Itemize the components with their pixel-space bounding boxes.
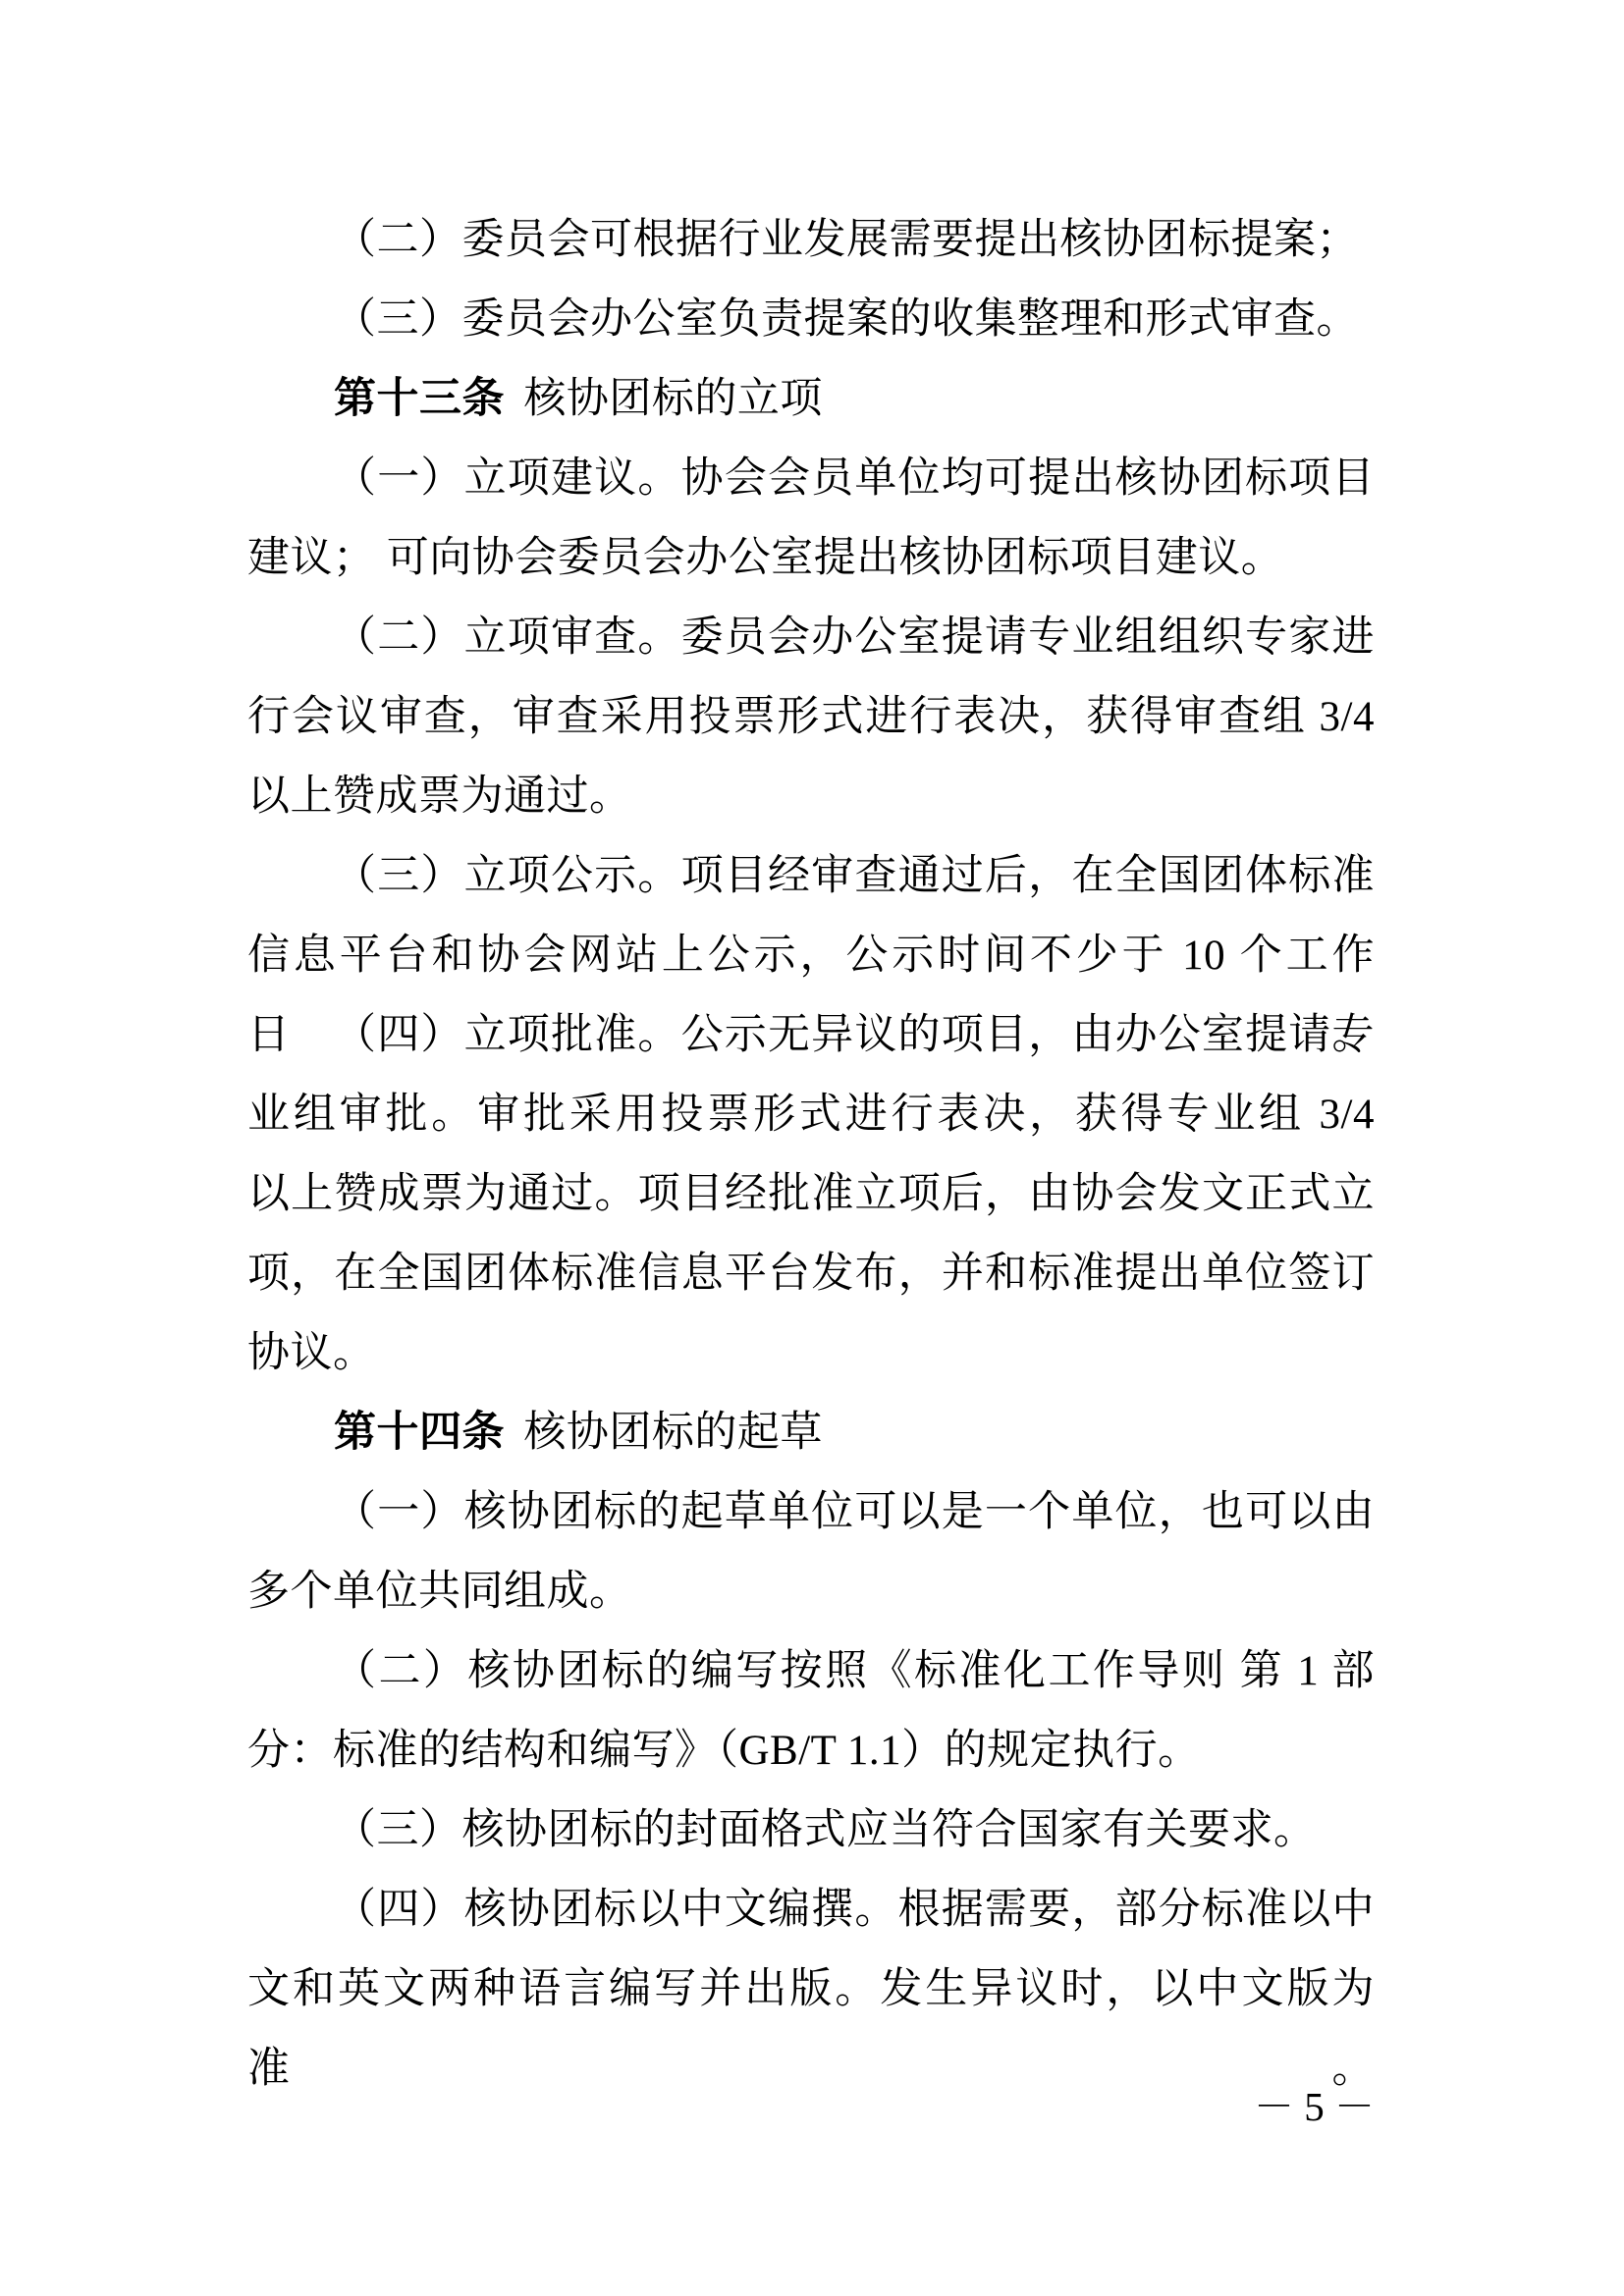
doc-line: （四）立项批准。公示无异议的项目，由办公室提请专 bbox=[247, 995, 1375, 1075]
doc-line: （二）委员会可根据行业发展需要提出核协团标提案； bbox=[247, 200, 1375, 280]
doc-line: （三）核协团标的封面格式应当符合国家有关要求。 bbox=[247, 1790, 1375, 1870]
doc-line: （三）立项公示。项目经审查通过后，在全国团体标准 bbox=[247, 836, 1375, 916]
doc-line: 业组审批。审批采用投票形式进行表决，获得专业组 3/4 bbox=[247, 1075, 1375, 1154]
doc-line: 信息平台和协会网站上公示，公示时间不少于 10 个工作日。 bbox=[247, 916, 1375, 995]
doc-line: 以上赞成票为通过。项目经批准立项后，由协会发文正式立 bbox=[247, 1154, 1375, 1234]
article-number: 第十四条 bbox=[334, 1410, 505, 1456]
article-heading-14: 第十四条核协团标的起草 bbox=[247, 1393, 1375, 1472]
doc-line: 行会议审查，审查采用投票形式进行表决，获得审查组 3/4 bbox=[247, 677, 1375, 757]
doc-line: （三）委员会办公室负责提案的收集整理和形式审查。 bbox=[247, 280, 1375, 359]
doc-line: 多个单位共同组成。 bbox=[247, 1552, 1375, 1631]
doc-line: 分：标准的结构和编写》（GB/T 1.1）的规定执行。 bbox=[247, 1711, 1375, 1790]
article-title: 核协团标的立项 bbox=[523, 376, 823, 422]
doc-line: （二）立项审查。委员会办公室提请专业组组织专家进 bbox=[247, 598, 1375, 677]
doc-line: （二）核协团标的编写按照《标准化工作导则 第 1 部 bbox=[247, 1631, 1375, 1711]
article-title: 核协团标的起草 bbox=[523, 1410, 823, 1456]
document-page: （二）委员会可根据行业发展需要提出核协团标提案； （三）委员会办公室负责提案的收… bbox=[0, 0, 1624, 2296]
document-body: （二）委员会可根据行业发展需要提出核协团标提案； （三）委员会办公室负责提案的收… bbox=[247, 200, 1375, 2147]
doc-line: 协议。 bbox=[247, 1313, 1375, 1393]
doc-line: （一）立项建议。协会会员单位均可提出核协团标项目 bbox=[247, 439, 1375, 518]
article-number: 第十三条 bbox=[334, 376, 505, 422]
doc-line: （四）核协团标以中文编撰。根据需要，部分标准以中 bbox=[247, 1870, 1375, 1949]
doc-line: 文和英文两种语言编写并出版。发生异议时，以中文版为准。 bbox=[247, 1949, 1375, 2029]
article-heading-13: 第十三条核协团标的立项 bbox=[247, 359, 1375, 439]
doc-line: 建议； 可向协会委员会办公室提出核协团标项目建议。 bbox=[247, 518, 1375, 598]
doc-line: 项，在全国团体标准信息平台发布，并和标准提出单位签订 bbox=[247, 1234, 1375, 1313]
doc-line: 以上赞成票为通过。 bbox=[247, 757, 1375, 836]
doc-line: （一）核协团标的起草单位可以是一个单位，也可以由 bbox=[247, 1472, 1375, 1552]
